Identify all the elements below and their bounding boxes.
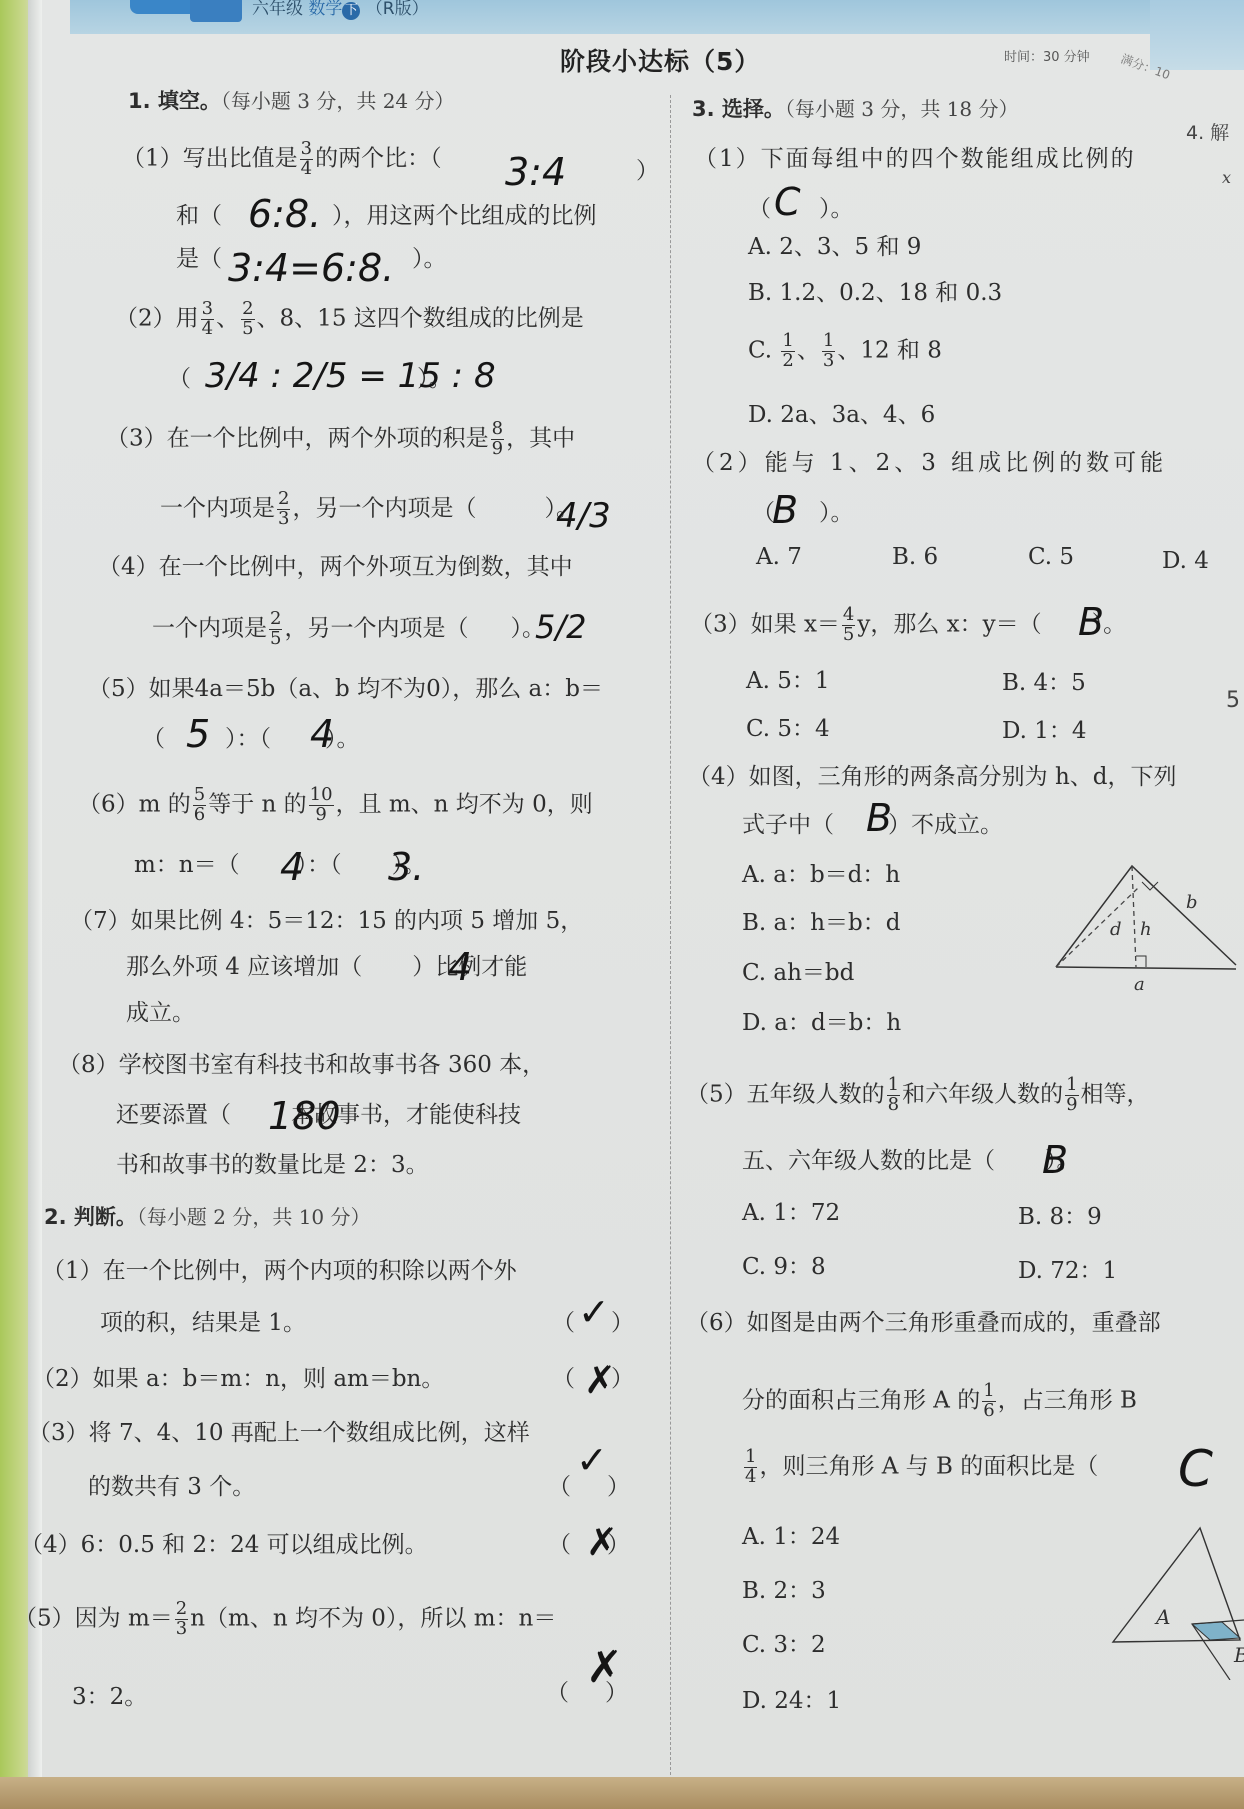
next-section5-heading: 5	[1226, 688, 1240, 713]
s1-q6-line1: （6）m 的56等于 n 的109，且 m、n 均不为 0，则	[78, 786, 593, 825]
page-title: 阶段小达标（5）	[560, 42, 760, 78]
s1-q1-line1: （1）写出比值是34的两个比：（	[122, 140, 442, 179]
answer-handwritten: B	[1078, 600, 1104, 644]
s3-q6-option-c: C. 3：2	[742, 1632, 826, 1660]
label-d: d	[1110, 919, 1122, 940]
s2-q5-line2: 3：2。	[72, 1684, 147, 1712]
s1-q5-line1: （5）如果4a＝5b（a、b 均不为0），那么 a：b＝	[88, 676, 603, 704]
s3-q1-option-d: D. 2a、3a、4、6	[748, 402, 935, 430]
column-divider	[670, 95, 671, 1775]
s3-q6-line1: （6）如图是由两个三角形重叠而成的，重叠部	[686, 1310, 1161, 1338]
brand-logo-icon	[190, 0, 242, 22]
s1-q4-line2: 一个内项是25，另一个内项是（）。	[152, 610, 545, 649]
s3-q5-option-b: B. 8：9	[1018, 1204, 1102, 1232]
s3-q3-line1: （3）如果 x＝45y，那么 x：y＝（）。	[690, 606, 1126, 645]
section1-heading: 1. 填空。（每小题 3 分，共 24 分）	[128, 88, 455, 116]
book-grade-label: 六年级 数学下 （R版）	[252, 0, 429, 20]
answer-handwritten: 4	[280, 845, 304, 889]
label-h: h	[1140, 919, 1152, 940]
s2-q2-line1: （2）如果 a：b＝m：n，则 am＝bn。	[32, 1366, 444, 1394]
answer-handwritten: 6:8.	[248, 192, 321, 236]
label-b: b	[1186, 892, 1198, 913]
s3-q4-option-a: A. a：b＝d：h	[742, 862, 900, 890]
s3-q3-option-c: C. 5：4	[746, 716, 830, 744]
s3-q4-option-d: D. a：d＝b：h	[742, 1010, 901, 1038]
s1-q7-line3: 成立。	[126, 1000, 195, 1028]
answer-handwritten: 4	[310, 712, 334, 756]
answer-handwritten: 5	[186, 712, 210, 756]
answer-handwritten: 3/4 : 2/5 = 15 : 8	[205, 356, 496, 396]
overlapping-triangles-figure: A B	[1110, 1520, 1244, 1680]
s1-q1-line2: 和（），用这两个比组成的比例	[176, 203, 597, 231]
time-limit: 时间：30 分钟	[1004, 46, 1090, 65]
s3-q6-option-b: B. 2：3	[742, 1578, 826, 1606]
s3-q2-line2: （）。	[752, 500, 854, 528]
label-triangle-b: B	[1233, 1643, 1244, 1667]
section3-heading: 3. 选择。（每小题 3 分，共 18 分）	[692, 96, 1019, 124]
s2-q1-line2: 项的积，结果是 1。	[100, 1310, 306, 1338]
answer-handwritten: B	[1042, 1138, 1068, 1182]
s3-q3-option-d: D. 1：4	[1002, 718, 1087, 746]
s2-q4-line1: （4）6：0.5 和 2：24 可以组成比例。	[20, 1532, 428, 1560]
cross-mark-icon: ✗	[584, 1358, 616, 1402]
next-variable-x: x	[1222, 168, 1231, 187]
s2-q3-line1: （3）将 7、4、10 再配上一个数组成比例，这样	[28, 1420, 530, 1448]
s3-q4-option-b: B. a：h＝b：d	[742, 910, 901, 938]
answer-handwritten: 3:4=6:8.	[228, 246, 394, 290]
s3-q1-option-a: A. 2、3、5 和 9	[748, 234, 921, 262]
s1-q3-line1: （3）在一个比例中，两个外项的积是89，其中	[106, 420, 575, 459]
s3-q6-line2: 分的面积占三角形 A 的16，占三角形 B	[742, 1382, 1137, 1421]
s3-q1-line1: （1）下面每组中的四个数能组成比例的	[694, 146, 1136, 174]
volume-badge: 下	[342, 2, 360, 20]
s3-q6-option-a: A. 1：24	[742, 1524, 840, 1552]
label-triangle-a: A	[1154, 1605, 1170, 1629]
answer-handwritten: 4/3	[556, 496, 611, 536]
s3-q2-option-b: B. 6	[892, 544, 938, 572]
s3-q5-line2: 五、六年级人数的比是（）。	[742, 1148, 1080, 1176]
answer-handwritten: 5/2	[535, 608, 587, 646]
s3-q5-option-a: A. 1：72	[742, 1200, 840, 1228]
s3-q2-option-c: C. 5	[1028, 544, 1074, 572]
answer-handwritten: C	[774, 180, 801, 224]
answer-handwritten: 4	[448, 945, 472, 989]
triangle-heights-figure: d h b a	[1050, 860, 1244, 1000]
s3-q6-option-d: D. 24：1	[742, 1688, 841, 1716]
s3-q2-line1: （2）能与 1、2、3 组成比例的数可能	[692, 450, 1167, 478]
next-section4-heading: 4. 解	[1186, 118, 1229, 145]
s3-q6-line3: 14，则三角形 A 与 B 的面积比是（	[742, 1448, 1098, 1487]
s3-q5-option-c: C. 9：8	[742, 1254, 826, 1282]
s3-q5-line1: （5）五年级人数的18和六年级人数的19相等，	[686, 1076, 1150, 1115]
s1-q8-line3: 书和故事书的数量比是 2：3。	[116, 1152, 429, 1180]
s2-q3-line2: 的数共有 3 个。	[88, 1474, 255, 1502]
header-banner-right	[1150, 0, 1244, 70]
s3-q3-option-a: A. 5：1	[746, 668, 830, 696]
s1-q4-line1: （4）在一个比例中，两个外项互为倒数，其中	[98, 554, 573, 582]
answer-handwritten: 3.	[388, 845, 424, 889]
answer-handwritten: B	[866, 796, 892, 840]
s3-q3-option-b: B. 4：5	[1002, 670, 1086, 698]
s3-q2-option-a: A. 7	[756, 544, 802, 572]
s3-q1-option-c: C. 12、13、12 和 8	[748, 332, 942, 371]
s1-q1-close: ）	[636, 158, 659, 186]
s1-q8-line1: （8）学校图书室有科技书和故事书各 360 本，	[58, 1052, 545, 1080]
s1-q2-line1: （2）用34、25、8、15 这四个数组成的比例是	[115, 300, 584, 339]
s2-q1-line1: （1）在一个比例中，两个内项的积除以两个外	[42, 1258, 517, 1286]
s3-q1-option-b: B. 1.2、0.2、18 和 0.3	[748, 280, 1002, 308]
cross-mark-icon: ✗	[586, 1642, 623, 1693]
answer-handwritten: 180	[268, 1094, 341, 1138]
answer-handwritten: 3:4	[505, 150, 566, 194]
page-edge	[28, 0, 42, 1780]
s3-q4-line1: （4）如图，三角形的两条高分别为 h、d，下列	[688, 764, 1176, 792]
s3-q4-option-c: C. ah＝bd	[742, 960, 854, 988]
cross-mark-icon: ✗	[586, 1520, 618, 1564]
desk-background	[0, 1777, 1244, 1809]
s1-q7-line1: （7）如果比例 4：5＝12：15 的内项 5 增加 5，	[70, 908, 583, 936]
answer-handwritten: B	[772, 488, 798, 532]
check-mark-icon: ✓	[576, 1438, 608, 1482]
s3-q2-option-d: D. 4	[1162, 548, 1209, 576]
check-mark-icon: ✓	[578, 1290, 610, 1334]
s3-q5-option-d: D. 72：1	[1018, 1258, 1117, 1286]
s2-q5-line1: （5）因为 m＝23n（m、n 均不为 0），所以 m：n＝	[14, 1600, 556, 1639]
section2-heading: 2. 判断。（每小题 2 分，共 10 分）	[44, 1204, 371, 1232]
label-a: a	[1134, 974, 1145, 995]
s1-q3-line2: 一个内项是23，另一个内项是（）。	[160, 490, 579, 529]
answer-handwritten: C	[1178, 1440, 1213, 1498]
